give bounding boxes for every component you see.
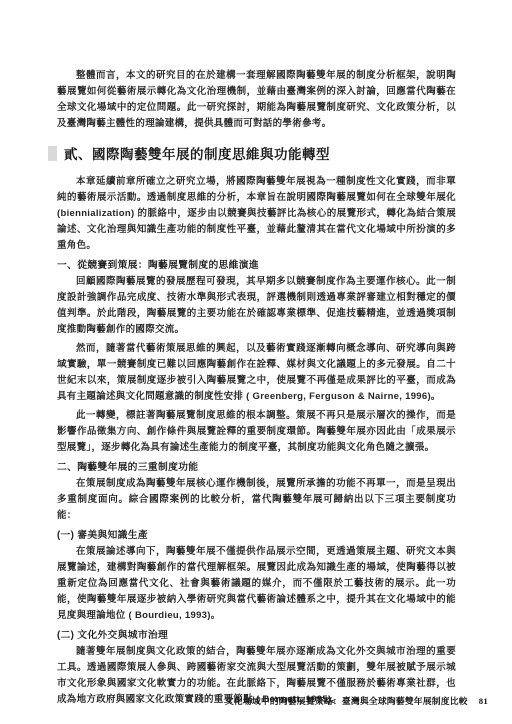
footer-page-number: 81	[479, 696, 488, 706]
intro-paragraph: 整體而言，本文的研究目的在於建構一套理解國際陶藝雙年展的制度分析框架，說明陶藝展…	[57, 68, 456, 132]
document-page: 整體而言，本文的研究目的在於建構一套理解國際陶藝雙年展的制度分析框架，說明陶藝展…	[0, 0, 512, 724]
paragraph: 回顧國際陶藝展覽的發展歷程可發現，其早期多以競賽制度作為主要運作核心。此一制度設…	[57, 274, 456, 338]
subsection-heading-1: 一、從競賽到策展：陶藝展覽制度的思維演進	[57, 257, 456, 271]
page-footer: 文化場域中的陶藝展覽策略：臺灣與全球陶藝雙年展制度比較81	[225, 694, 488, 707]
section-heading: 貳、國際陶藝雙年展的制度思維與功能轉型	[48, 143, 456, 163]
paragraph: 然而，隨著當代藝術策展思維的興起，以及藝術實踐逐漸轉向概念導向、研究導向與跨域實…	[57, 341, 456, 405]
section-heading-text: 貳、國際陶藝雙年展的制度思維與功能轉型	[64, 143, 330, 163]
footer-running-title: 文化場域中的陶藝展覽策略：臺灣與全球陶藝雙年展制度比較	[225, 696, 468, 706]
sub-subsection-heading-1: (一) 審美與知識生產	[57, 527, 456, 541]
paragraph: 在策展論述導向下，陶藝雙年展不僅提供作品展示空間，更透過策展主題、研究文本與展覽…	[57, 544, 456, 624]
paragraph: 本章延續前章所確立之研究立場，將國際陶藝雙年展視為一種制度性文化實踐，而非單純的…	[57, 174, 456, 254]
paragraph: 此一轉變，標註著陶藝展覽制度思維的根本調整。策展不再只是展示層次的操作，而是影響…	[57, 408, 456, 456]
sub-subsection-heading-2: (二) 文化外交與城市治理	[57, 627, 456, 641]
section-marker-icon	[48, 146, 57, 161]
paragraph: 在策展制度成為陶藝雙年展核心運作機制後，展覽所承擔的功能不再單一，而是呈現出多重…	[57, 476, 456, 524]
subsection-heading-2: 二、陶藝雙年展的三重制度功能	[57, 459, 456, 473]
